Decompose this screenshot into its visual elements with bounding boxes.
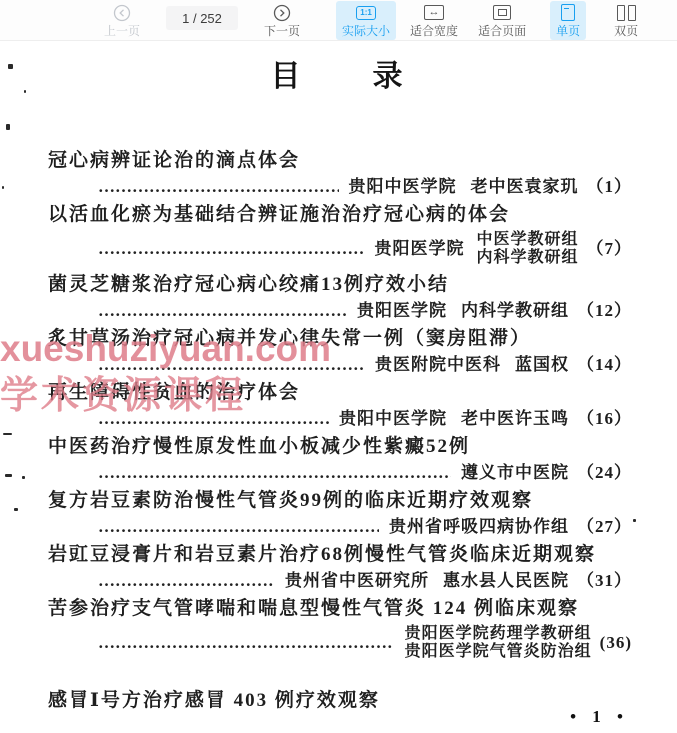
dot-leader: ……………………………………………………………………………… [98, 177, 339, 197]
toc-author: 蓝国权 [515, 355, 569, 375]
toc-entry-ref: ……………………………………………………………………………… 贵阳中医学院 老中… [98, 409, 632, 429]
pdf-viewer-toolbar: 上一页 1 / 252 下一页 1:1 实际大小 ↔ 适合宽度 适合页面 单页 [0, 0, 677, 41]
toc-page-number: （16） [577, 409, 632, 429]
fit-width-label: 适合宽度 [410, 25, 458, 37]
toc-entry-ref: ……………………………………………………………………………… 贵阳医学院 内科学… [98, 301, 632, 321]
toc-org: 贵医附院中医科 [375, 355, 501, 375]
scan-speck [633, 519, 636, 522]
toc-entry-title: 复方岩豆素防治慢性气管炎99例的临床近期疗效观察 [48, 491, 632, 511]
toc-org: 遵义市中医院 [461, 463, 569, 483]
toc-entry-ref: ……………………………………………………………………………… 贵阳医学院药理学教… [98, 625, 632, 661]
toc-org: 贵州省中医研究所 [285, 571, 429, 591]
toc-entry-title: 岩豇豆浸膏片和岩豆素片治疗68例慢性气管炎临床近期观察 [48, 545, 632, 565]
toc-entry-title: 感冒Ⅰ号方治疗感冒 403 例疗效观察 [48, 691, 632, 711]
toc-author: 老中医袁家玑 [471, 177, 579, 197]
toc-org: 贵阳中医学院 [349, 177, 457, 197]
toc-entry-title: 菌灵芝糖浆治疗冠心病心绞痛13例疗效小结 [48, 275, 632, 295]
next-page-label: 下一页 [264, 25, 300, 37]
dot-leader: ……………………………………………………………………………… [98, 517, 379, 537]
toc-entry-title: 中医药治疗慢性原发性血小板减少性紫癜52例 [48, 437, 632, 457]
toc-entry-title: 再生障碍性贫血的治疗体会 [48, 383, 632, 403]
toc-org: 贵阳中医学院 [339, 409, 447, 429]
page-number-input[interactable]: 1 / 252 [166, 6, 238, 30]
dot-leader: ……………………………………………………………………………… [98, 355, 365, 375]
dot-leader: ……………………………………………………………………………… [98, 301, 347, 321]
toc-entry-ref: ……………………………………………………………………………… 遵义市中医院 （2… [98, 463, 632, 483]
toc-entry-ref: ……………………………………………………………………………… 贵州省中医研究所 … [98, 571, 632, 591]
scan-speck [22, 476, 25, 479]
scan-speck [5, 474, 12, 477]
toc-org-line: 中医学教研组 [476, 231, 578, 249]
toc-author: 内科学教研组 [461, 301, 569, 321]
actual-size-label: 实际大小 [342, 25, 390, 37]
dot-leader: ……………………………………………………………………………… [98, 571, 275, 591]
fit-width-button[interactable]: ↔ 适合宽度 [404, 1, 464, 40]
single-page-icon [561, 4, 575, 22]
toc-org-line: 内科学教研组 [476, 249, 578, 267]
circle-chevron-left-icon [113, 4, 131, 22]
toc-page-number: (36) [600, 634, 632, 652]
dot-leader: ……………………………………………………………………………… [98, 240, 364, 258]
toc-org: 贵阳医学院 [357, 301, 447, 321]
dot-leader: ……………………………………………………………………………… [98, 409, 329, 429]
double-page-label: 双页 [614, 25, 638, 37]
double-page-icon [617, 4, 636, 22]
toc-entry-ref: ……………………………………………………………………………… 贵医附院中医科 蓝… [98, 355, 632, 375]
fit-page-button[interactable]: 适合页面 [472, 1, 532, 40]
dot-leader: ……………………………………………………………………………… [98, 463, 451, 483]
single-page-button[interactable]: 单页 [550, 1, 586, 40]
scan-speck [3, 433, 12, 435]
circle-chevron-right-icon [273, 4, 291, 22]
toc-org: 贵阳医学院 [374, 240, 464, 258]
document-page: 目 录 冠心病辨证论治的滴点体会 ……………………………………………………………… [0, 41, 677, 733]
toc-entry-title: 苦参治疗支气管哮喘和喘息型慢性气管炎 124 例临床观察 [48, 599, 632, 619]
toc-page-number: （1） [587, 177, 633, 197]
fit-width-icon: ↔ [424, 4, 444, 22]
toc-org-line: 贵阳医学院药理学教研组 [405, 625, 592, 643]
toc-page-number: （14） [577, 355, 632, 375]
scan-speck [6, 124, 10, 130]
actual-size-button[interactable]: 1:1 实际大小 [336, 1, 396, 40]
toc-org-line: 贵阳医学院气管炎防治组 [405, 643, 592, 661]
fit-page-icon [493, 4, 511, 22]
toc-page-number: （24） [577, 463, 632, 483]
toc-page-number: （27） [577, 517, 632, 537]
toc-org-stack: 贵阳医学院药理学教研组 贵阳医学院气管炎防治组 [405, 625, 592, 661]
page-footer-number: • 1 • [570, 707, 629, 727]
toc-org: 贵州省呼吸四病协作组 [389, 517, 569, 537]
single-page-label: 单页 [556, 25, 580, 37]
toc-entry-title: 炙甘草汤治疗冠心病并发心律失常一例（窦房阻滞） [48, 329, 632, 349]
toc-page-number: （12） [577, 301, 632, 321]
dot-leader: ……………………………………………………………………………… [98, 634, 393, 652]
toc-list: 冠心病辨证论治的滴点体会 ………………………………………………………………………… [48, 151, 632, 711]
toc-page-number: （7） [587, 240, 633, 258]
double-page-button[interactable]: 双页 [608, 1, 644, 40]
section-gap [48, 669, 632, 691]
next-page-button[interactable]: 下一页 [258, 1, 306, 40]
toc-entry-ref: ……………………………………………………………………………… 贵阳医学院 中医学… [98, 231, 632, 267]
toc-entry-title: 以活血化瘀为基础结合辨证施治治疗冠心病的体会 [48, 205, 632, 225]
toc-entry-title: 冠心病辨证论治的滴点体会 [48, 151, 632, 171]
prev-page-label: 上一页 [104, 25, 140, 37]
toc-entry-ref: ……………………………………………………………………………… 贵阳中医学院 老中… [98, 177, 632, 197]
scan-speck [24, 90, 26, 93]
scan-speck [8, 64, 13, 69]
prev-page-button[interactable]: 上一页 [98, 1, 146, 40]
scan-speck [14, 508, 18, 511]
toc-title: 目 录 [0, 51, 677, 95]
toc-author: 惠水县人民医院 [443, 571, 569, 591]
toc-org-stack: 中医学教研组 内科学教研组 [476, 231, 578, 267]
scan-speck [2, 186, 4, 189]
fit-page-label: 适合页面 [478, 25, 526, 37]
toc-entry-ref: ……………………………………………………………………………… 贵州省呼吸四病协作… [98, 517, 632, 537]
toc-author: 老中医许玉鸣 [461, 409, 569, 429]
toc-page-number: （31） [577, 571, 632, 591]
one-to-one-icon: 1:1 [356, 4, 376, 22]
